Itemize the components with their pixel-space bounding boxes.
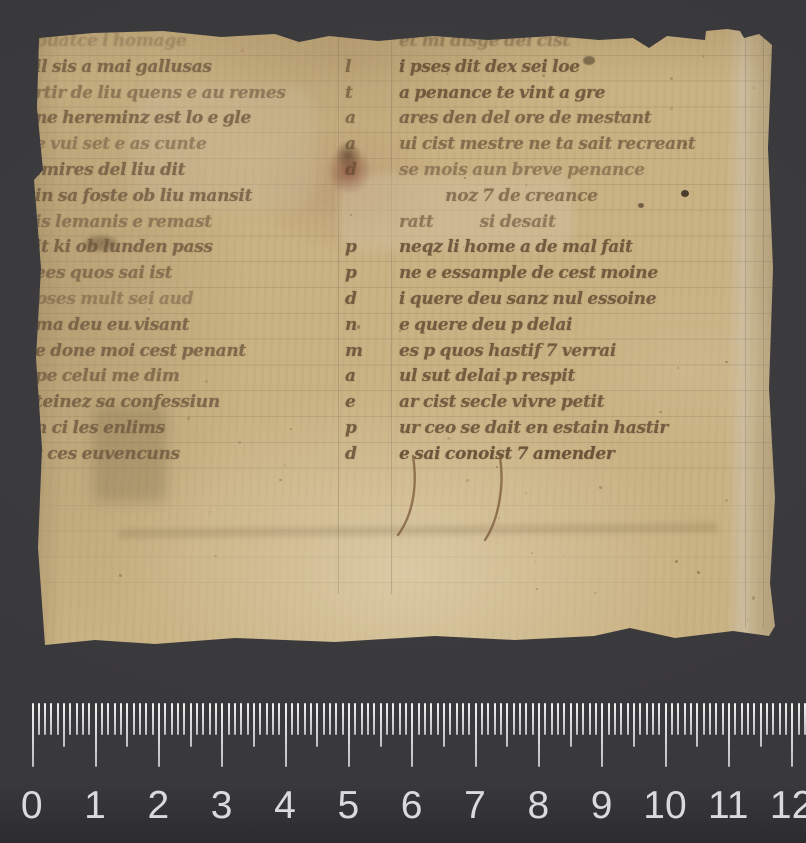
ruler-tick bbox=[57, 703, 59, 735]
ruler-tick bbox=[690, 703, 692, 735]
ruler-tick bbox=[525, 703, 527, 735]
manuscript-line: i quere deu sanz nul essoine bbox=[399, 287, 775, 313]
manuscript-line: e quere deu p delai bbox=[399, 313, 775, 339]
ruler-tick bbox=[601, 703, 603, 767]
ruler-tick bbox=[582, 703, 584, 735]
ruler-tick bbox=[487, 703, 489, 735]
gutter-initial: d bbox=[345, 287, 385, 313]
ruler-tick bbox=[304, 703, 306, 735]
manuscript-line: i pses dit dex sei loe bbox=[399, 55, 775, 81]
ruler-tick bbox=[348, 703, 350, 767]
ruler-tick bbox=[639, 703, 641, 735]
ruler-tick bbox=[76, 703, 78, 735]
manuscript-line: e done moi cest penant bbox=[35, 339, 335, 365]
gutter-initial: d bbox=[345, 442, 385, 468]
ruler-tick bbox=[481, 703, 483, 735]
ruler-tick bbox=[44, 703, 46, 735]
manuscript-line: teinez sa confessiun bbox=[35, 390, 335, 416]
ruler-tick bbox=[234, 703, 236, 735]
ruler-tick bbox=[50, 703, 52, 735]
ruler-tick bbox=[658, 703, 660, 735]
ruler-tick bbox=[544, 703, 546, 735]
ruler-tick bbox=[202, 703, 204, 735]
ruler-tick bbox=[798, 703, 800, 735]
ruler-tick bbox=[620, 703, 622, 735]
ruler-tick bbox=[380, 703, 382, 747]
speckle bbox=[594, 592, 596, 594]
gutter-ruling-line-left bbox=[338, 28, 339, 594]
ruler-tick bbox=[462, 703, 464, 735]
right-text-column: et mi disge del cisti pses dit dex sei l… bbox=[399, 29, 775, 468]
gutter-initial: t bbox=[345, 81, 385, 107]
ruler-tick bbox=[538, 703, 540, 767]
ruler-tick bbox=[164, 703, 166, 735]
manuscript-line: il sis a mai gallusas bbox=[35, 55, 335, 81]
speckle bbox=[697, 571, 700, 574]
ruler-tick bbox=[703, 703, 705, 735]
ruler-tick bbox=[259, 703, 261, 735]
speckle bbox=[209, 511, 210, 512]
ruler-tick bbox=[494, 703, 496, 735]
ruler-tick bbox=[285, 703, 287, 767]
ruler-number: 7 bbox=[443, 785, 506, 828]
ruler-tick bbox=[240, 703, 242, 735]
ruler-tick bbox=[779, 703, 781, 735]
ruler-tick bbox=[557, 703, 559, 735]
manuscript-line: pses mult sei aud bbox=[35, 287, 335, 313]
ruler-tick bbox=[589, 703, 591, 735]
manuscript-line: ul sut delai p respit bbox=[399, 364, 775, 390]
ruler-tick bbox=[38, 703, 40, 735]
ruler-tick bbox=[101, 703, 103, 735]
ruler-tick bbox=[760, 703, 762, 747]
manuscript-line: ur ceo se dait en estain hastir bbox=[399, 416, 775, 442]
ruler-tick bbox=[709, 703, 711, 735]
ruler-tick bbox=[95, 703, 97, 767]
ruler-tick bbox=[443, 703, 445, 747]
manuscript-line: ma deu eu visant bbox=[35, 313, 335, 339]
ruler-tick bbox=[696, 703, 698, 747]
manuscript-line: puatce i homage bbox=[35, 29, 335, 55]
gutter-initial bbox=[345, 29, 385, 55]
ruler-tick bbox=[785, 703, 787, 735]
ruler-tick bbox=[506, 703, 508, 747]
ruler-tick bbox=[253, 703, 255, 747]
manuscript-line: noz 7 de creance bbox=[399, 184, 775, 210]
ruler-tick bbox=[316, 703, 318, 747]
ruler-tick bbox=[652, 703, 654, 735]
manuscript-line: is lemanis e remast bbox=[35, 210, 335, 236]
ruler-tick bbox=[335, 703, 337, 735]
manuscript-fragment: puatce i homageil sis a mai gallusasrtir… bbox=[33, 28, 777, 646]
manuscript-line: t ces euvencuns bbox=[35, 442, 335, 468]
ruler-tick bbox=[677, 703, 679, 735]
ruler-number: 8 bbox=[507, 785, 570, 828]
manuscript-line: ares den del ore de mestant bbox=[399, 106, 775, 132]
ruler-tick bbox=[183, 703, 185, 735]
ruler-tick bbox=[266, 703, 268, 735]
ruler-tick bbox=[361, 703, 363, 735]
ruler-tick bbox=[633, 703, 635, 747]
ruler-tick bbox=[126, 703, 128, 747]
ruler-tick bbox=[158, 703, 160, 767]
gutter-initial: d bbox=[345, 158, 385, 184]
speckle bbox=[752, 596, 755, 599]
ruler-number: 4 bbox=[253, 785, 316, 828]
ruler-tick bbox=[646, 703, 648, 735]
ruler-tick bbox=[221, 703, 223, 767]
speckle bbox=[675, 560, 678, 563]
ruler-tick bbox=[405, 703, 407, 735]
manuscript-line: n ci les enlims bbox=[35, 416, 335, 442]
ruler-tick bbox=[69, 703, 71, 735]
ruler-tick bbox=[500, 703, 502, 735]
ruler-tick bbox=[247, 703, 249, 735]
ruler-tick bbox=[671, 703, 673, 735]
manuscript-line: in sa foste ob liu mansit bbox=[35, 184, 335, 210]
ruler-number: 5 bbox=[317, 785, 380, 828]
photo-scene: puatce i homageil sis a mai gallusasrtir… bbox=[0, 0, 806, 843]
gutter-initial bbox=[345, 210, 385, 236]
ruler-tick bbox=[120, 703, 122, 735]
ruler-tick bbox=[171, 703, 173, 735]
speckle bbox=[536, 588, 538, 590]
ruler-tick bbox=[791, 703, 793, 767]
gutter-initial: p bbox=[345, 261, 385, 287]
ruler-tick bbox=[114, 703, 116, 735]
ruler-tick bbox=[342, 703, 344, 735]
ruler-tick bbox=[399, 703, 401, 735]
manuscript-line: et mi disge del cist bbox=[399, 29, 775, 55]
manuscript-line: ees quos sai ist bbox=[35, 261, 335, 287]
manuscript-line: ui cist mestre ne ta sait recreant bbox=[399, 132, 775, 158]
gutter-initial: m bbox=[345, 339, 385, 365]
gutter-initial: a bbox=[345, 364, 385, 390]
gutter-initial: a bbox=[345, 106, 385, 132]
manuscript-line: neqz li home a de mal fait bbox=[399, 235, 775, 261]
ruler-tick bbox=[437, 703, 439, 735]
ruler-tick bbox=[297, 703, 299, 735]
ruler: 0123456789101112 bbox=[0, 703, 806, 843]
speckle bbox=[525, 492, 527, 494]
gutter-initial: p bbox=[345, 416, 385, 442]
ruler-tick bbox=[753, 703, 755, 735]
ruler-tick bbox=[418, 703, 420, 735]
ruler-tick bbox=[177, 703, 179, 735]
ruler-number: 0 bbox=[0, 785, 63, 828]
ruler-tick bbox=[190, 703, 192, 747]
gutter-initials-column: ltaadppdnmaepd bbox=[345, 29, 385, 468]
ruler-tick bbox=[608, 703, 610, 735]
ruler-tick bbox=[747, 703, 749, 735]
ruler-tick bbox=[329, 703, 331, 735]
ruler-tick bbox=[107, 703, 109, 735]
speckle bbox=[531, 552, 533, 554]
ruler-tick bbox=[475, 703, 477, 767]
ruler-tick bbox=[665, 703, 667, 767]
manuscript-line: e vui set e as cunte bbox=[35, 132, 335, 158]
ruler-tick bbox=[722, 703, 724, 735]
manuscript-line: ne hereminz est lo e gle bbox=[35, 106, 335, 132]
ruler-tick bbox=[576, 703, 578, 735]
gutter-initial bbox=[345, 184, 385, 210]
manuscript-line: a penance te vint a gre bbox=[399, 81, 775, 107]
ruler-number: 10 bbox=[633, 785, 696, 828]
ruler-tick bbox=[196, 703, 198, 735]
ruler-number: 11 bbox=[697, 785, 760, 828]
speckle bbox=[747, 620, 749, 622]
ruler-tick bbox=[145, 703, 147, 735]
ruler-tick bbox=[392, 703, 394, 735]
ruler-tick bbox=[32, 703, 34, 767]
ruler-number: 9 bbox=[570, 785, 633, 828]
ruler-tick bbox=[367, 703, 369, 735]
ruler-tick bbox=[133, 703, 135, 735]
gutter-initial: p bbox=[345, 235, 385, 261]
ruler-tick bbox=[519, 703, 521, 735]
ruler-tick bbox=[728, 703, 730, 767]
ruler-tick bbox=[63, 703, 65, 747]
ruler-tick bbox=[449, 703, 451, 735]
ruler-tick bbox=[715, 703, 717, 735]
ruler-number: 3 bbox=[190, 785, 253, 828]
manuscript-line: ne e essample de cest moine bbox=[399, 261, 775, 287]
ruler-tick bbox=[272, 703, 274, 735]
speckle bbox=[476, 592, 477, 593]
ruler-tick bbox=[424, 703, 426, 735]
ruler-tick bbox=[310, 703, 312, 735]
ruler-tick bbox=[456, 703, 458, 735]
ruler-tick bbox=[323, 703, 325, 735]
gutter-initial: n bbox=[345, 313, 385, 339]
ruler-tick bbox=[684, 703, 686, 735]
ruler-tick bbox=[386, 703, 388, 735]
manuscript-line: imires del liu dit bbox=[35, 158, 335, 184]
manuscript-line: es p quos hastif 7 verrai bbox=[399, 339, 775, 365]
ruler-tick bbox=[772, 703, 774, 735]
ruler-tick bbox=[614, 703, 616, 735]
gutter-initial: l bbox=[345, 55, 385, 81]
ruler-tick bbox=[278, 703, 280, 735]
ruler-tick bbox=[532, 703, 534, 735]
manuscript-line: rtir de liu quens e au remes bbox=[35, 81, 335, 107]
ruler-number: 1 bbox=[63, 785, 126, 828]
gutter-initial: e bbox=[345, 390, 385, 416]
horizontal-ruling-lines-lower bbox=[35, 480, 775, 596]
ruler-tick bbox=[430, 703, 432, 735]
ruler-tick bbox=[411, 703, 413, 767]
ruler-number: 12 bbox=[760, 785, 806, 828]
ruler-tick bbox=[570, 703, 572, 747]
ruler-tick bbox=[228, 703, 230, 735]
ruler-tick bbox=[354, 703, 356, 735]
ruler-tick bbox=[627, 703, 629, 735]
manuscript-line: e sai conoist 7 amender bbox=[399, 442, 775, 468]
ruler-tick bbox=[766, 703, 768, 735]
manuscript-line: it ki ob lunden pass bbox=[35, 235, 335, 261]
manuscript-line: se mois aun breve penance bbox=[399, 158, 775, 184]
ruler-tick bbox=[595, 703, 597, 735]
ruler-numbers: 0123456789101112 bbox=[0, 785, 806, 828]
ruler-tick bbox=[209, 703, 211, 735]
manuscript-line: pe celui me dim bbox=[35, 364, 335, 390]
ruler-tick bbox=[88, 703, 90, 735]
ruler-tick bbox=[291, 703, 293, 735]
ruler-tick bbox=[215, 703, 217, 735]
ruler-number: 6 bbox=[380, 785, 443, 828]
manuscript-line: ar cist secle vivre petit bbox=[399, 390, 775, 416]
ruler-number: 2 bbox=[127, 785, 190, 828]
speckle bbox=[119, 574, 122, 577]
gutter-initial: a bbox=[345, 132, 385, 158]
ruler-tick bbox=[373, 703, 375, 735]
ruler-tick bbox=[551, 703, 553, 735]
left-text-column: puatce i homageil sis a mai gallusasrtir… bbox=[35, 29, 335, 468]
ruler-tick bbox=[513, 703, 515, 735]
ruler-tick bbox=[82, 703, 84, 735]
speckle bbox=[466, 479, 469, 482]
manuscript-line: ratt si desait bbox=[399, 210, 775, 236]
ruler-tick bbox=[468, 703, 470, 735]
ruler-tick bbox=[734, 703, 736, 735]
ruler-tick bbox=[563, 703, 565, 735]
gutter-ruling-line-right bbox=[391, 28, 392, 594]
ruler-tick bbox=[741, 703, 743, 735]
ruler-tick bbox=[152, 703, 154, 735]
ruler-tick bbox=[139, 703, 141, 735]
